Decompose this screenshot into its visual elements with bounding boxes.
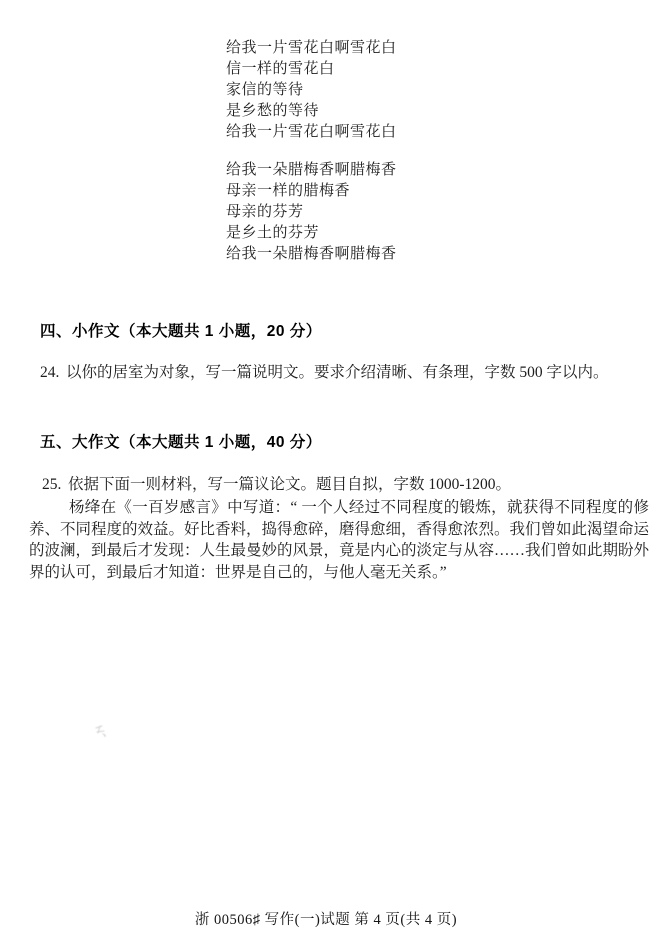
poem-line: 给我一片雪花白啊雪花白 [226,122,397,143]
poem-line: 家信的等待 [226,80,397,101]
poem-line: 母亲一样的腊梅香 [226,181,397,202]
question-24-text: 以你的居室为对象，写一篇说明文。要求介绍清晰、有条理，字数 500 字以内。 [66,364,609,381]
question-25-text: 依据下面一则材料，写一篇议论文。题目自拟，字数 1000-1200。 [68,476,511,493]
poem-line: 给我一朵腊梅香啊腊梅香 [226,160,397,181]
poem-stanza-snowwhite: 给我一片雪花白啊雪花白 信一样的雪花白 家信的等待 是乡愁的等待 给我一片雪花白… [226,38,397,143]
poem-excerpt: 给我一片雪花白啊雪花白 信一样的雪花白 家信的等待 是乡愁的等待 给我一片雪花白… [226,38,397,265]
poem-stanza-plumfragrance: 给我一朵腊梅香啊腊梅香 母亲一样的腊梅香 母亲的芬芳 是乡土的芬芳 给我一朵腊梅… [226,160,397,265]
page-footer: 浙 00506♯ 写作(一)试题 第 4 页(共 4 页) [0,908,652,929]
scan-smudge-artifact [93,724,109,739]
question-24: 24.以你的居室为对象，写一篇说明文。要求介绍清晰、有条理，字数 500 字以内… [40,362,609,383]
poem-line: 给我一朵腊梅香啊腊梅香 [226,244,397,265]
exam-paper-page: 给我一片雪花白啊雪花白 信一样的雪花白 家信的等待 是乡愁的等待 给我一片雪花白… [0,0,652,948]
question-24-number: 24. [40,362,66,383]
question-25: 25.依据下面一则材料，写一篇议论文。题目自拟，字数 1000-1200。 [42,474,511,495]
question-25-number: 25. [42,474,68,495]
section-heading-large-essay: 五、大作文（本大题共 1 小题，40 分） [40,432,322,454]
poem-line: 母亲的芬芳 [226,202,397,223]
poem-line: 是乡愁的等待 [226,101,397,122]
question-25-material-quote: 杨绛在《一百岁感言》中写道：“ 一个人经过不同程度的锻炼，就获得不同程度的修养、… [29,497,649,583]
poem-line: 给我一片雪花白啊雪花白 [226,38,397,59]
poem-line: 是乡土的芬芳 [226,223,397,244]
poem-line: 信一样的雪花白 [226,59,397,80]
section-heading-small-essay: 四、小作文（本大题共 1 小题，20 分） [40,321,322,343]
